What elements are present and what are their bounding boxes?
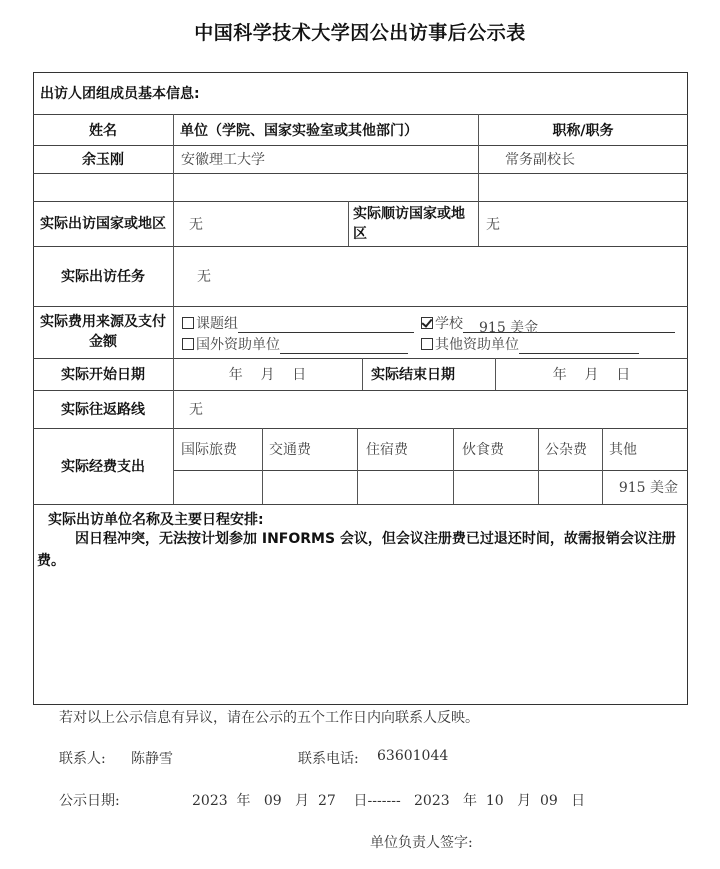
divider: [362, 358, 363, 390]
checkbox-checked-icon[interactable]: [421, 317, 433, 329]
section-header: 出访人团组成员基本信息:: [40, 72, 200, 114]
divider: [348, 201, 349, 246]
divider: [262, 428, 263, 504]
contact-label: 联系人:: [59, 748, 106, 768]
route-value: 无: [189, 390, 203, 428]
side-visit-country-label: 实际顺访国家或地区: [353, 201, 475, 246]
expenses-label: 实际经费支出: [33, 428, 173, 504]
funding-option-project[interactable]: 课题组: [182, 313, 414, 333]
divider: [33, 173, 688, 174]
visit-task-label: 实际出访任务: [33, 246, 173, 306]
checkbox-icon[interactable]: [182, 338, 194, 350]
route-label: 实际往返路线: [33, 390, 173, 428]
expense-header-meals: 伙食费: [462, 428, 504, 470]
schedule-text: 因日程冲突，无法按计划参加 INFORMS 会议，但会议注册费已过退还时间，故需…: [37, 528, 683, 572]
end-date-label: 实际结束日期: [371, 358, 455, 390]
signature-label: 单位负责人签字:: [370, 832, 473, 852]
visit-country-value: 无: [189, 201, 203, 246]
divider: [357, 428, 358, 504]
phone-label: 联系电话:: [298, 748, 359, 768]
divider: [538, 428, 539, 504]
date-label: 公示日期:: [59, 790, 120, 810]
schedule-label: 实际出访单位名称及主要日程安排:: [48, 509, 264, 529]
divider: [173, 114, 174, 504]
member-unit: 安徽理工大学: [181, 145, 265, 173]
funding-option-school[interactable]: 学校915 美金: [421, 313, 675, 333]
start-date-value: 年 月 日: [173, 358, 362, 390]
expense-header-intl-travel: 国际旅费: [181, 428, 237, 470]
page-title: 中国科学技术大学因公出访事后公示表: [0, 18, 720, 45]
funding-option-other[interactable]: 其他资助单位: [421, 334, 639, 354]
end-date-value: 年 月 日: [495, 358, 688, 390]
start-date-label: 实际开始日期: [33, 358, 173, 390]
member-title: 常务副校长: [505, 145, 575, 173]
member-name: 余玉刚: [33, 145, 173, 173]
notice-text: 若对以上公示信息有异议，请在公示的五个工作日内向联系人反映。: [59, 707, 479, 727]
side-visit-country-value: 无: [486, 201, 500, 246]
col-header-unit: 单位（学院、国家实验室或其他部门）: [180, 114, 418, 145]
divider: [33, 504, 688, 505]
phone-number: 63601044: [377, 748, 448, 764]
date-range: 2023 年 09 月 27 日------- 2023 年 10 月 09 日: [192, 790, 585, 810]
funding-option-foreign[interactable]: 国外资助单位: [182, 334, 408, 354]
expense-header-other: 其他: [609, 428, 637, 470]
contact-name: 陈静雪: [131, 748, 173, 768]
visit-task-value: 无: [197, 246, 211, 306]
funding-amount: 915 美金: [463, 317, 675, 333]
funding-blank: [519, 337, 639, 354]
checkbox-icon[interactable]: [421, 338, 433, 350]
checkbox-icon[interactable]: [182, 317, 194, 329]
expense-header-misc: 公杂费: [545, 428, 587, 470]
expense-header-lodging: 住宿费: [366, 428, 408, 470]
col-header-title: 职称/职务: [478, 114, 688, 145]
col-header-name: 姓名: [33, 114, 173, 145]
expense-header-transport: 交通费: [269, 428, 311, 470]
divider: [478, 201, 479, 246]
visit-country-label: 实际出访国家或地区: [40, 201, 166, 246]
funding-blank: [238, 316, 414, 333]
divider: [453, 428, 454, 504]
expense-value-other: 915 美金: [602, 470, 686, 504]
funding-label: 实际费用来源及支付金额: [40, 306, 166, 358]
funding-blank: [280, 337, 408, 354]
